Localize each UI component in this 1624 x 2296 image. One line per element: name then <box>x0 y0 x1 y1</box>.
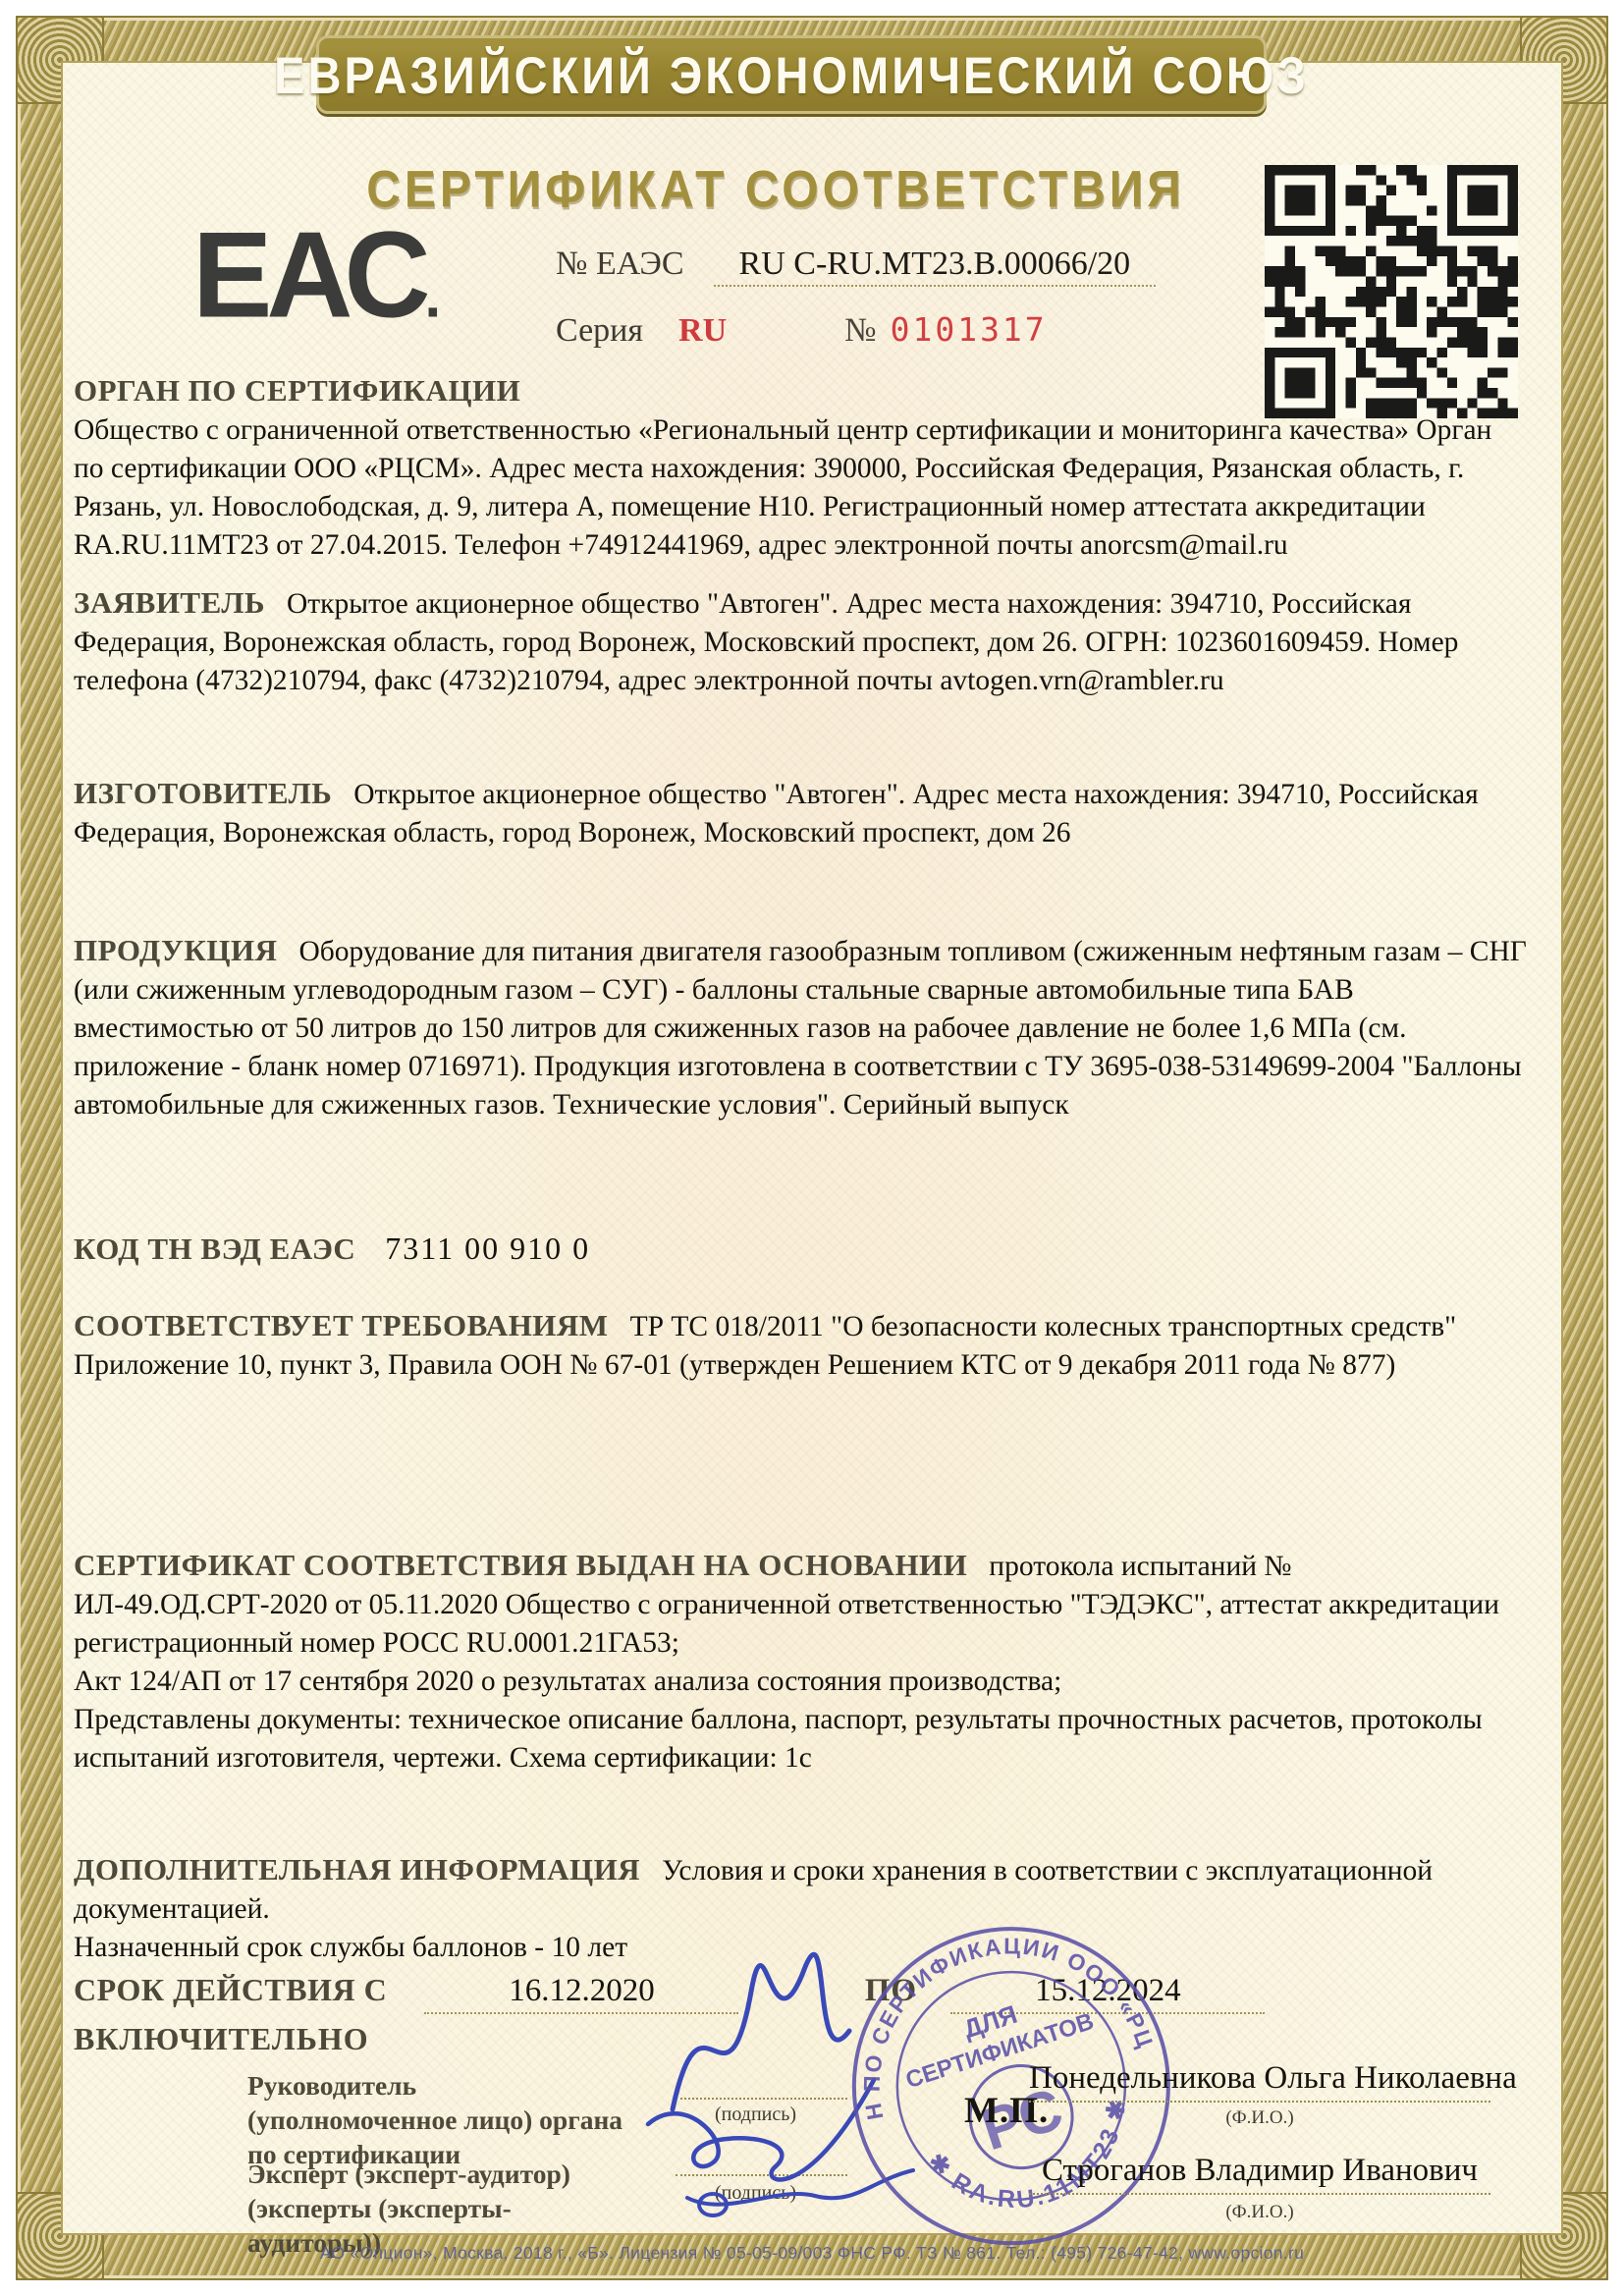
fio-caption: (Ф.И.О.) <box>1029 2202 1490 2223</box>
section-basis: СЕРТИФИКАТ СООТВЕТСТВИЯ ВЫДАН НА ОСНОВАН… <box>74 1546 1527 1777</box>
section-heading: КОД ТН ВЭД ЕАЭС <box>74 1231 355 1266</box>
tnved-code-value: 7311 00 910 0 <box>385 1230 590 1266</box>
union-title-banner: ЕВРАЗИЙСКИЙ ЭКОНОМИЧЕСКИЙ СОЮЗ <box>316 35 1267 114</box>
basis-act-line: Акт 124/АП от 17 сентября 2020 о результ… <box>74 1663 1527 1701</box>
series-label: Серия <box>556 312 643 349</box>
section-certification-body: ОРГАН ПО СЕРТИФИКАЦИИ Общество с огранич… <box>74 371 1527 565</box>
section-heading: СЕРТИФИКАТ СООТВЕТСТВИЯ ВЫДАН НА ОСНОВАН… <box>74 1548 967 1582</box>
section-applicant: ЗАЯВИТЕЛЬОткрытое акционерное общество "… <box>74 583 1527 700</box>
eac-mark-icon: ЕАС. <box>192 205 369 355</box>
section-text: Открытое акционерное общество "Автоген".… <box>74 588 1458 696</box>
eac-mark-text: ЕАС <box>192 207 425 344</box>
head-signer-name: Понедельникова Ольга Николаевна <box>1029 2060 1490 2103</box>
validity-inclusive-label: ВКЛЮЧИТЕЛЬНО <box>74 2021 369 2057</box>
certificate-number-row: № ЕАЭСRU C-RU.МТ23.В.00066/20 <box>556 246 1156 283</box>
section-heading: СООТВЕТСТВУЕТ ТРЕБОВАНИЯМ <box>74 1308 609 1342</box>
section-heading: ПРОДУКЦИЯ <box>74 933 277 967</box>
section-heading: ЗАЯВИТЕЛЬ <box>74 585 265 620</box>
section-tnved-code: КОД ТН ВЭД ЕАЭС7311 00 910 0 <box>74 1230 1527 1270</box>
certificate-page: ЕВРАЗИЙСКИЙ ЭКОНОМИЧЕСКИЙ СОЮЗ СЕРТИФИКА… <box>0 0 1624 2296</box>
basis-documents-line: Представлены документы: техническое опис… <box>74 1701 1527 1777</box>
section-product: ПРОДУКЦИЯОборудование для питания двигат… <box>74 931 1527 1124</box>
section-complies: СООТВЕТСТВУЕТ ТРЕБОВАНИЯМТР ТС 018/2011 … <box>74 1306 1527 1385</box>
certificate-number: RU C-RU.МТ23.В.00066/20 <box>714 246 1157 287</box>
expert-signer-name: Строганов Владимир Иванович <box>1029 2153 1490 2195</box>
validity-from-label: СРОК ДЕЙСТВИЯ С <box>74 1972 387 2007</box>
fio-caption: (Ф.И.О.) <box>1029 2107 1490 2129</box>
section-heading: ОРГАН ПО СЕРТИФИКАЦИИ <box>74 373 520 408</box>
blank-number-label: № <box>844 312 876 349</box>
printer-imprint: АО «Опцион», Москва, 2018 г., «Б». Лицен… <box>76 2243 1548 2264</box>
union-title: ЕВРАЗИЙСКИЙ ЭКОНОМИЧЕСКИЙ СОЮЗ <box>274 44 1309 105</box>
document-title: СЕРТИФИКАТ СООТВЕТСТВИЯ <box>324 160 1227 220</box>
number-label: № ЕАЭС <box>556 246 684 282</box>
section-manufacturer: ИЗГОТОВИТЕЛЬОткрытое акционерное обществ… <box>74 774 1527 852</box>
section-heading: ДОПОЛНИТЕЛЬНАЯ ИНФОРМАЦИЯ <box>74 1852 640 1886</box>
section-text: Оборудование для питания двигателя газоо… <box>74 936 1527 1121</box>
series-value: RU <box>678 312 727 349</box>
blank-number-value: 0101317 <box>891 310 1048 349</box>
blank-series-row: СерияRU№0101317 <box>556 310 1048 350</box>
section-heading: ИЗГОТОВИТЕЛЬ <box>74 776 332 810</box>
section-text: Общество с ограниченной ответственностью… <box>74 411 1527 565</box>
